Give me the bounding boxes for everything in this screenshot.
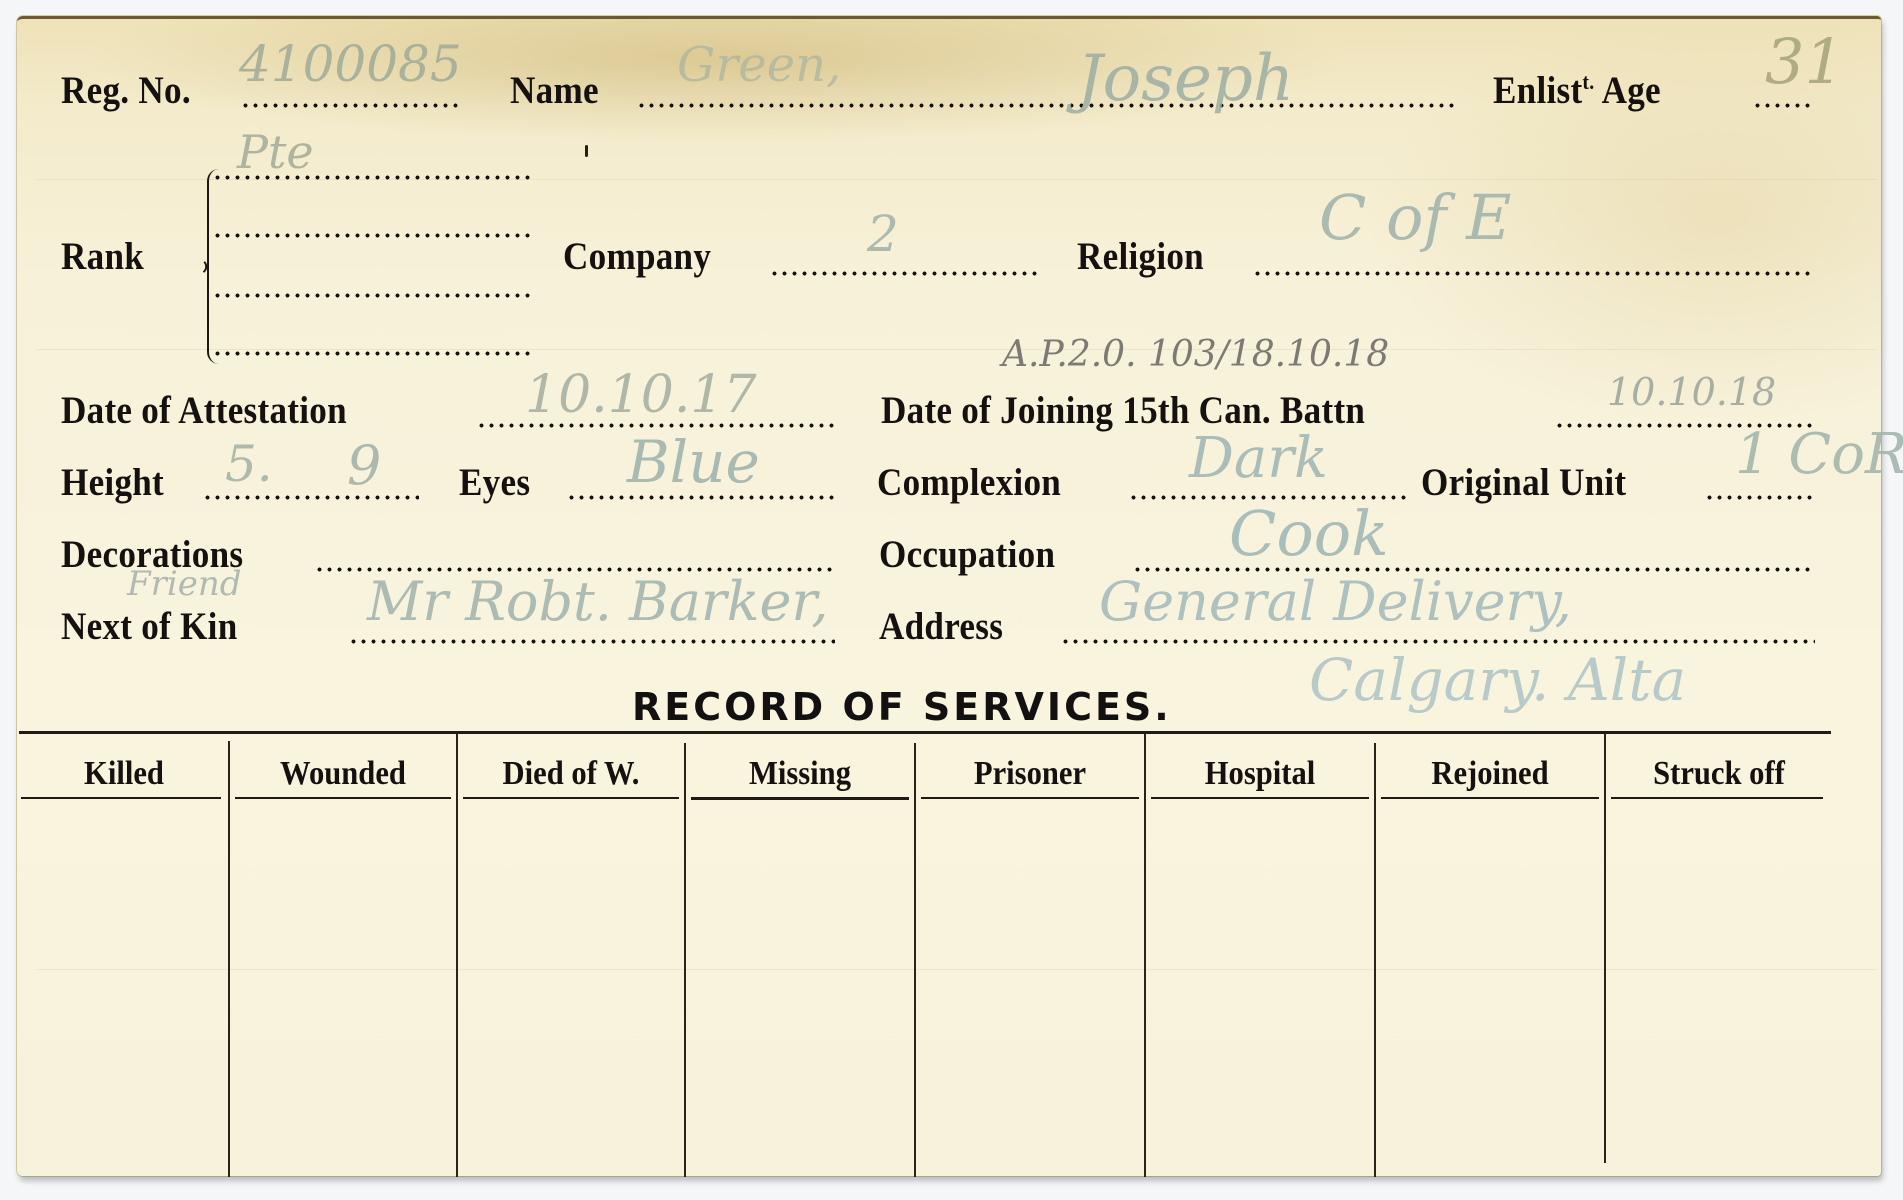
address-line-2: Calgary. Alta bbox=[1309, 651, 1686, 709]
company-label: Company bbox=[563, 237, 711, 276]
column-header-died-of-wounds: Died of W. bbox=[468, 757, 673, 791]
next-of-kin-relation: Friend bbox=[127, 567, 242, 601]
column-header-hospital: Hospital bbox=[1157, 757, 1364, 791]
next-of-kin-label: Next of Kin bbox=[61, 607, 238, 646]
header-underline-missing bbox=[691, 797, 909, 800]
header-underline-struck-off bbox=[1611, 797, 1823, 799]
occupation-label: Occupation bbox=[879, 535, 1055, 574]
name-given-value: Joseph bbox=[1077, 47, 1294, 111]
height-dotted-line bbox=[205, 495, 419, 500]
address-line-1: General Delivery, bbox=[1099, 575, 1572, 629]
occupation-value: Cook bbox=[1229, 503, 1389, 565]
record-of-services-title: RECORD OF SERVICES. bbox=[632, 685, 1172, 729]
enlist-age-label-text: Enlist bbox=[1493, 69, 1582, 112]
company-value: 2 bbox=[867, 209, 899, 259]
original-unit-dotted-line bbox=[1707, 495, 1815, 500]
rank-label: Rank bbox=[61, 237, 144, 276]
name-surname-value: Green, bbox=[677, 41, 841, 89]
joining-label: Date of Joining 15th Can. Battn bbox=[881, 391, 1365, 430]
prisoner-entries-cell bbox=[916, 819, 1143, 1189]
rank-dotted-line-1 bbox=[215, 175, 535, 180]
rank-value: Pte bbox=[237, 129, 314, 175]
rank-dotted-line-2 bbox=[215, 233, 535, 238]
height-label: Height bbox=[61, 463, 164, 502]
column-header-prisoner: Prisoner bbox=[927, 757, 1134, 791]
missing-entries-cell bbox=[686, 819, 913, 1189]
header-underline-died bbox=[463, 797, 679, 799]
header-underline-killed bbox=[21, 797, 221, 799]
original-unit-value: 1 CoR bbox=[1735, 427, 1903, 483]
name-dotted-line bbox=[639, 103, 1457, 108]
eyes-value: Blue bbox=[627, 433, 760, 491]
address-label: Address bbox=[879, 607, 1003, 646]
header-underline-hospital bbox=[1151, 797, 1369, 799]
enlist-age-label-sup: t. bbox=[1582, 69, 1594, 94]
header-underline-wounded bbox=[235, 797, 451, 799]
eyes-label: Eyes bbox=[459, 463, 530, 502]
header-underline-rejoined bbox=[1381, 797, 1599, 799]
reg-no-label: Reg. No. bbox=[61, 71, 191, 110]
enlist-age-value: 31 bbox=[1765, 31, 1844, 93]
column-header-rejoined: Rejoined bbox=[1387, 757, 1594, 791]
age-dotted-line bbox=[1755, 103, 1815, 108]
paper-texture-line bbox=[37, 349, 1877, 350]
column-header-killed: Killed bbox=[30, 757, 219, 791]
company-dotted-line bbox=[772, 271, 1042, 276]
height-feet-value: 5. bbox=[225, 439, 273, 489]
religion-dotted-line bbox=[1255, 271, 1815, 276]
enlist-age-label-tail: Age bbox=[1595, 69, 1661, 112]
administrative-annotation: A.P.2.0. 103/18.10.18 bbox=[1002, 337, 1389, 373]
ink-mark bbox=[585, 145, 588, 157]
killed-entries-cell bbox=[19, 819, 227, 1189]
next-of-kin-value: Mr Robt. Barker, bbox=[367, 575, 828, 629]
reg-no-dotted-line bbox=[243, 103, 463, 108]
next-of-kin-dotted-line bbox=[351, 639, 835, 644]
complexion-value: Dark bbox=[1189, 431, 1328, 487]
header-underline-prisoner bbox=[921, 797, 1139, 799]
died-of-wounds-entries-cell bbox=[458, 819, 683, 1189]
name-label: Name bbox=[510, 71, 599, 110]
complexion-label: Complexion bbox=[877, 463, 1061, 502]
column-header-wounded: Wounded bbox=[240, 757, 445, 791]
attestation-value: 10.10.17 bbox=[525, 369, 757, 421]
rank-dotted-line-3 bbox=[215, 293, 535, 298]
religion-value: C of E bbox=[1319, 187, 1511, 249]
rank-brace bbox=[207, 169, 219, 364]
enlist-age-label: Enlistt. Age bbox=[1493, 71, 1661, 110]
reg-no-value: 4100085 bbox=[239, 39, 462, 89]
original-unit-label: Original Unit bbox=[1421, 463, 1626, 502]
column-header-struck-off: Struck off bbox=[1616, 757, 1821, 791]
service-record-card: Reg. No. 4100085 Name Green, Joseph Enli… bbox=[17, 16, 1881, 1176]
struck-off-entries-cell bbox=[1606, 819, 1833, 1189]
rejoined-entries-cell bbox=[1376, 819, 1603, 1189]
wounded-entries-cell bbox=[230, 819, 455, 1189]
hospital-entries-cell bbox=[1146, 819, 1373, 1189]
joining-value: 10.10.18 bbox=[1607, 373, 1776, 411]
address-dotted-line bbox=[1063, 639, 1815, 644]
religion-label: Religion bbox=[1077, 237, 1204, 276]
column-header-missing: Missing bbox=[697, 757, 904, 791]
attestation-label: Date of Attestation bbox=[61, 391, 347, 430]
rank-dotted-line-4 bbox=[215, 351, 535, 356]
height-inches-value: 9 bbox=[347, 439, 381, 493]
table-top-rule bbox=[19, 731, 1831, 734]
